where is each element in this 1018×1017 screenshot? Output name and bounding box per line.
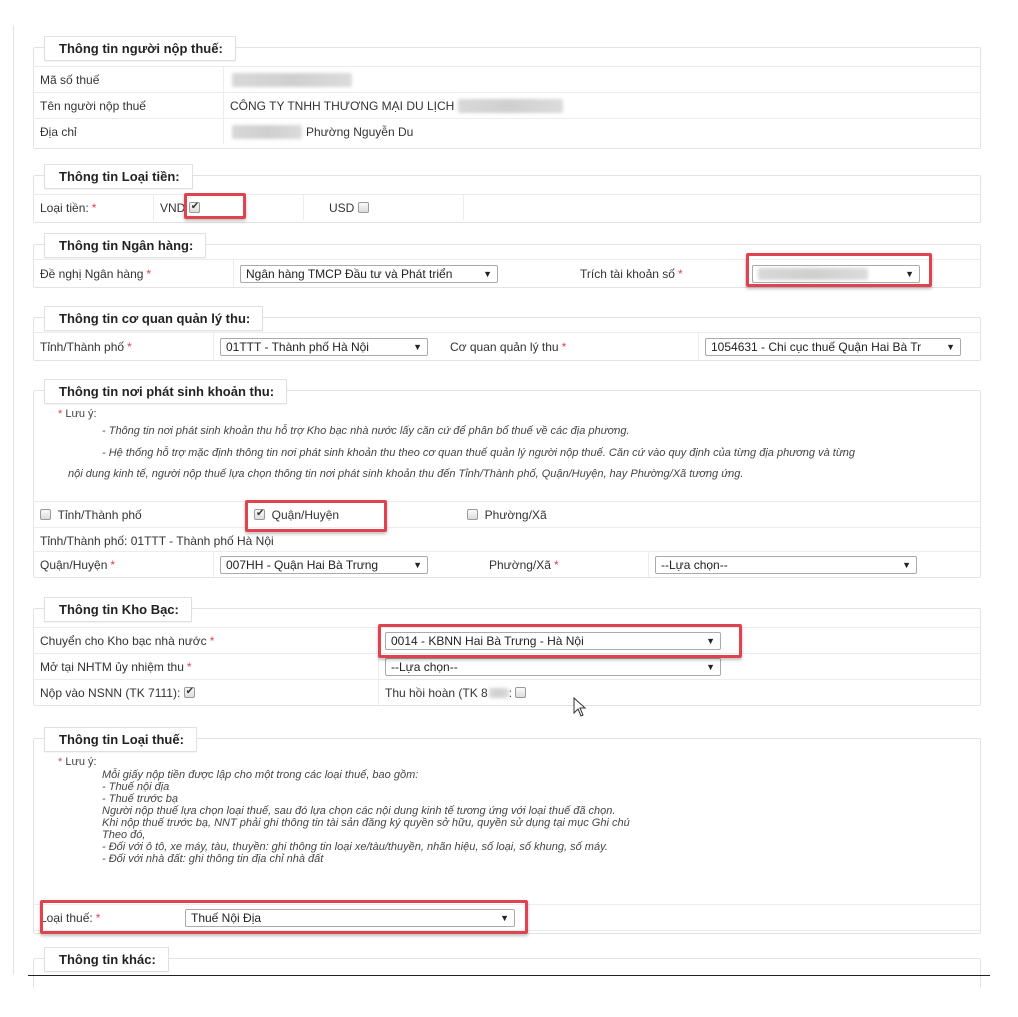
tax-type-label: Loại thuế:* <box>34 905 179 930</box>
origin-section: Thông tin nơi phát sinh khoản thu: * Lưu… <box>33 390 981 578</box>
vnd-option[interactable]: VND <box>154 195 304 220</box>
refund-option[interactable]: Thu hồi hoàn (TK 8: <box>379 680 980 705</box>
page-bottom-border <box>28 975 990 976</box>
mouse-pointer-icon <box>573 697 587 717</box>
origin-note-line: - Hệ thống hỗ trợ mặc định thông tin nơi… <box>102 446 855 461</box>
tax-note-line: - Thuế trước bạ <box>102 793 178 805</box>
treasury-row: Chuyển cho Kho bạc nhà nước* 0014 - KBNN… <box>34 627 980 653</box>
tax-code-label: Mã số thuế <box>34 67 224 92</box>
authority-row: Tỉnh/Thành phố* 01TTT - Thành phố Hà Nội… <box>34 332 980 360</box>
tax-type-row: Loại thuế:* Thuế Nội Địa▼ <box>34 904 980 931</box>
tax-note-line: Mỗi giấy nộp tiền được lập cho một trong… <box>102 769 418 781</box>
section-title: Thông tin Kho Bạc: <box>44 597 192 622</box>
origin-note-title: * Lưu ý: <box>58 407 97 422</box>
tax-type-section: Thông tin Loại thuế: * Lưu ý: Mỗi giấy n… <box>33 738 981 934</box>
nsnn-option[interactable]: Nộp vào NSNN (TK 7111): <box>34 680 379 705</box>
account-select-cell: ▼ <box>746 260 980 287</box>
collection-bank-select[interactable]: --Lựa chọn--▼ <box>385 658 721 676</box>
treasury-select[interactable]: 0014 - KBNN Hai Bà Trưng - Hà Nội▼ <box>385 632 721 650</box>
currency-empty-cell <box>464 195 980 220</box>
collection-bank-row: Mở tại NHTM ủy nhiệm thu* --Lựa chọn--▼ <box>34 653 980 679</box>
origin-options-row: Tỉnh/Thành phố Quận/Huyện Phường/Xã <box>34 501 980 527</box>
currency-row: Loại tiền:* VND USD <box>34 194 980 220</box>
chevron-down-icon: ▼ <box>483 269 492 279</box>
other-section: Thông tin khác: <box>33 958 981 989</box>
refund-checkbox[interactable] <box>515 687 526 698</box>
opt-ward[interactable]: Phường/Xã <box>459 502 980 527</box>
agency-label: Cơ quan quản lý thu* <box>444 333 699 360</box>
taxpayer-section: Thông tin người nộp thuế: Mã số thuế Tên… <box>33 47 981 149</box>
chevron-down-icon: ▼ <box>500 913 509 923</box>
province-checkbox[interactable] <box>40 509 51 520</box>
tax-note-line: Khi nộp thuế trước bạ, NNT phải ghi thôn… <box>102 817 630 829</box>
chevron-down-icon: ▼ <box>902 560 911 570</box>
tax-note-line: - Đối với ô tô, xe máy, tàu, thuyền: ghi… <box>102 841 608 853</box>
authority-section: Thông tin cơ quan quản lý thu: Tỉnh/Thàn… <box>33 317 981 361</box>
tax-note-line: - Đối với nhà đất: ghi thông tin địa chỉ… <box>102 853 323 865</box>
section-title: Thông tin Loại tiền: <box>44 164 193 189</box>
treasury-section: Thông tin Kho Bạc: Chuyển cho Kho bạc nh… <box>33 608 981 706</box>
collection-bank-select-cell: --Lựa chọn--▼ <box>379 654 980 679</box>
province-select[interactable]: 01TTT - Thành phố Hà Nội▼ <box>220 338 428 356</box>
tax-code-value <box>224 67 980 92</box>
province-label: Tỉnh/Thành phố* <box>34 333 214 360</box>
taxpayer-name-row: Tên người nộp thuế CÔNG TY TNHH THƯƠNG M… <box>34 92 980 118</box>
agency-select-cell: 1054631 - Chi cục thuế Quận Hai Bà Tr▼ <box>699 333 980 360</box>
chevron-down-icon: ▼ <box>946 342 955 352</box>
section-title: Thông tin khác: <box>44 947 169 972</box>
origin-district-row: Quận/Huyện* 007HH - Quận Hai Bà Trưng▼ P… <box>34 551 980 577</box>
currency-section: Thông tin Loại tiền: Loại tiền:* VND USD <box>33 175 981 223</box>
tax-note-line: Theo đó, <box>102 829 145 841</box>
tax-type-select[interactable]: Thuế Nội Địa▼ <box>185 909 515 927</box>
ward-label: Phường/Xã* <box>479 552 649 577</box>
district-label: Quận/Huyện* <box>34 552 214 577</box>
tax-code-row: Mã số thuế <box>34 66 980 92</box>
collection-bank-label: Mở tại NHTM ủy nhiệm thu* <box>34 654 379 679</box>
agency-select[interactable]: 1054631 - Chi cục thuế Quận Hai Bà Tr▼ <box>705 338 961 356</box>
account-select[interactable]: ▼ <box>752 265 920 283</box>
tax-payment-form: Thông tin người nộp thuế: Mã số thuế Tên… <box>0 0 1018 1017</box>
chevron-down-icon: ▼ <box>905 269 914 279</box>
address-label: Địa chỉ <box>34 119 224 144</box>
origin-province-row: Tỉnh/Thành phố: 01TTT - Thành phố Hà Nội <box>34 527 980 553</box>
section-title: Thông tin Loại thuế: <box>44 727 197 752</box>
origin-province-text: Tỉnh/Thành phố: 01TTT - Thành phố Hà Nội <box>34 528 980 553</box>
usd-checkbox[interactable] <box>358 202 369 213</box>
account-type-row: Nộp vào NSNN (TK 7111): Thu hồi hoàn (TK… <box>34 679 980 705</box>
origin-note-line: nội dung kinh tế, người nộp thuế lựa chọ… <box>68 467 743 482</box>
account-label: Trích tài khoản số* <box>574 260 746 287</box>
district-select-cell: 007HH - Quận Hai Bà Trưng▼ <box>214 552 479 577</box>
tax-note-line: Người nộp thuế lựa chọn loại thuế, sau đ… <box>102 805 615 817</box>
section-title: Thông tin nơi phát sinh khoản thu: <box>44 379 287 404</box>
treasury-select-cell: 0014 - KBNN Hai Bà Trưng - Hà Nội▼ <box>379 628 980 653</box>
opt-district[interactable]: Quận/Huyện <box>234 502 459 527</box>
bank-section: Thông tin Ngân hàng: Đề nghị Ngân hàng* … <box>33 244 981 288</box>
chevron-down-icon: ▼ <box>413 342 422 352</box>
ward-select[interactable]: --Lựa chọn--▼ <box>655 556 917 574</box>
treasury-label: Chuyển cho Kho bạc nhà nước* <box>34 628 379 653</box>
opt-province[interactable]: Tỉnh/Thành phố <box>34 502 234 527</box>
address-row: Địa chỉ Phường Nguyễn Du <box>34 118 980 144</box>
tax-note-title: * Lưu ý: <box>58 755 97 770</box>
section-title: Thông tin cơ quan quản lý thu: <box>44 306 263 331</box>
origin-note-line: - Thông tin nơi phát sinh khoản thu hỗ t… <box>102 424 630 439</box>
bank-row: Đề nghị Ngân hàng* Ngân hàng TMCP Đầu tư… <box>34 259 980 287</box>
district-checkbox[interactable] <box>254 509 265 520</box>
address-value: Phường Nguyễn Du <box>224 119 980 144</box>
chevron-down-icon: ▼ <box>706 662 715 672</box>
section-title: Thông tin Ngân hàng: <box>44 233 206 258</box>
tax-type-select-cell: Thuế Nội Địa▼ <box>179 905 980 930</box>
taxpayer-name-value: CÔNG TY TNHH THƯƠNG MẠI DU LỊCH <box>224 93 980 118</box>
section-title: Thông tin người nộp thuế: <box>44 36 236 61</box>
tax-note-line: - Thuế nội địa <box>102 781 169 793</box>
chevron-down-icon: ▼ <box>706 636 715 646</box>
left-border <box>13 25 14 975</box>
ward-checkbox[interactable] <box>467 509 478 520</box>
bank-select[interactable]: Ngân hàng TMCP Đầu tư và Phát triển▼ <box>240 265 498 283</box>
usd-option[interactable]: USD <box>304 195 464 220</box>
bank-select-cell: Ngân hàng TMCP Đầu tư và Phát triển▼ <box>234 260 574 287</box>
currency-label: Loại tiền:* <box>34 195 154 220</box>
ward-select-cell: --Lựa chọn--▼ <box>649 552 980 577</box>
province-select-cell: 01TTT - Thành phố Hà Nội▼ <box>214 333 444 360</box>
district-select[interactable]: 007HH - Quận Hai Bà Trưng▼ <box>220 556 428 574</box>
taxpayer-name-label: Tên người nộp thuế <box>34 93 224 118</box>
chevron-down-icon: ▼ <box>413 560 422 570</box>
nsnn-checkbox[interactable] <box>184 687 195 698</box>
bank-label: Đề nghị Ngân hàng* <box>34 260 234 287</box>
vnd-checkbox[interactable] <box>189 202 200 213</box>
